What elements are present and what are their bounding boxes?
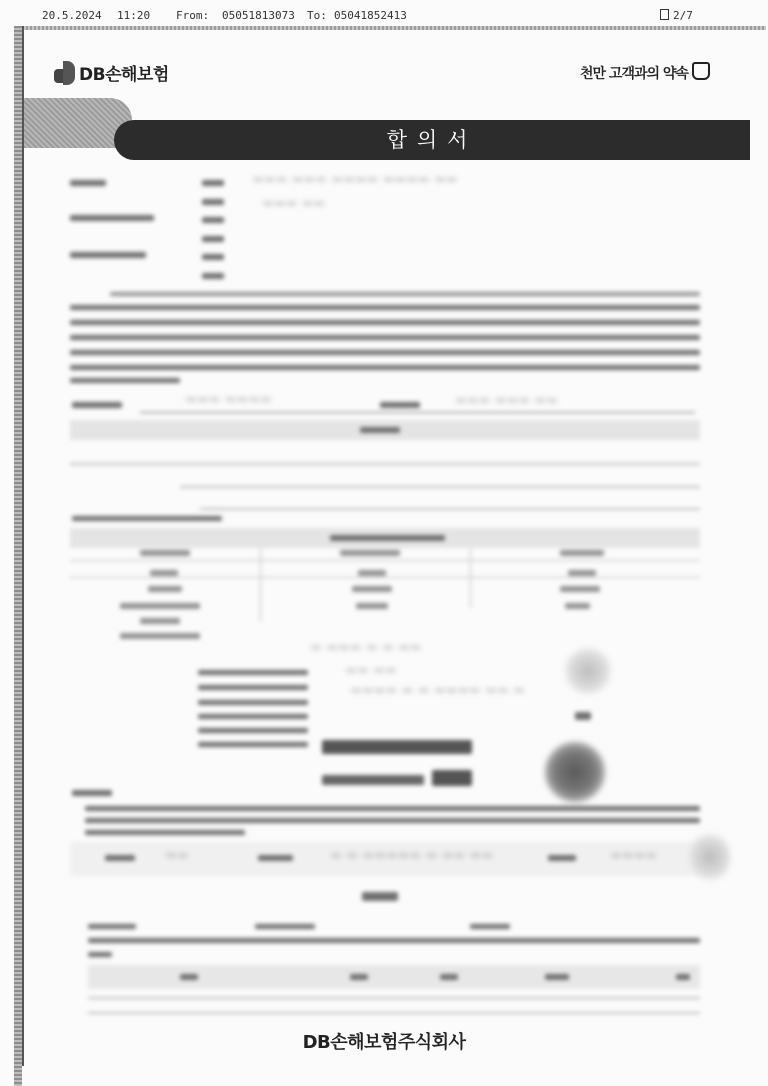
scan-edge-line (22, 26, 24, 1066)
hand-pointer-icon (692, 62, 710, 80)
fax-from-label: From: (176, 9, 209, 22)
fax-time: 11:20 (117, 9, 150, 22)
document-title: 합의서 (114, 124, 750, 154)
title-bar: 합의서 (114, 120, 750, 160)
scan-edge (14, 26, 22, 1086)
fax-to-number: 05041852413 (334, 9, 407, 22)
fax-header: 20.5.2024 11:20 From: 05051813073 To: 05… (0, 0, 768, 26)
slogan: 천만 고객과의 약속 (580, 62, 710, 83)
db-logo-icon (54, 61, 76, 85)
company-logo: DB손해보험 (54, 60, 169, 85)
fax-page: 2/7 (660, 9, 693, 22)
page-number: 2/7 (673, 9, 693, 22)
title-band: 합의서 (24, 98, 750, 162)
slogan-text: 천만 고객과의 약속 (580, 66, 688, 82)
fax-from-number: 05051813073 (222, 9, 295, 22)
fax-date: 20.5.2024 (42, 9, 102, 22)
page-icon (660, 9, 669, 20)
fax-scan-strip (14, 26, 766, 30)
fax-to-label: To: (307, 9, 327, 22)
footer-company-name: DB손해보험주식회사 (0, 1028, 768, 1054)
company-logo-text: DB손해보험 (79, 60, 169, 85)
